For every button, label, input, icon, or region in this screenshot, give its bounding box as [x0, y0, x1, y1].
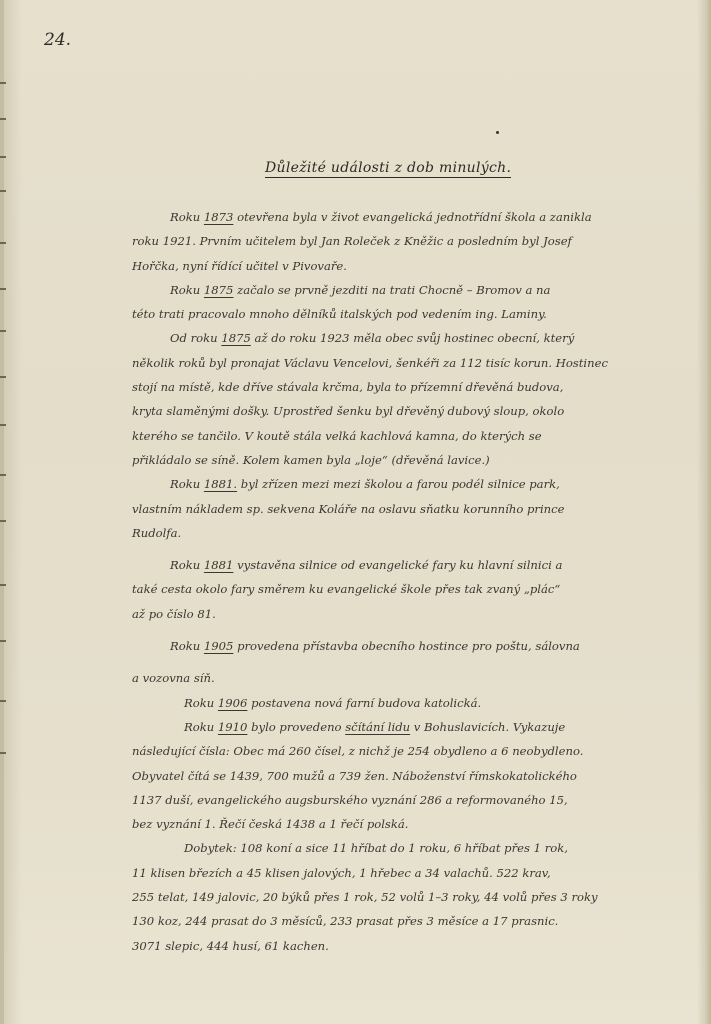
text-line: Roku 1910 bylo provedeno sčítání lidu v … — [132, 715, 687, 739]
binding-stitch — [0, 82, 6, 84]
binding-stitch — [0, 156, 6, 158]
binding-edge — [0, 0, 4, 1024]
text-line: kterého se tančilo. V koutě stála velká … — [132, 424, 687, 448]
text-line: kryta slaměnými došky. Uprostřed šenku b… — [132, 399, 687, 423]
binding-stitch — [0, 752, 6, 754]
page-edge — [705, 0, 711, 1024]
paragraph-1910-census: Roku 1910 bylo provedeno sčítání lidu v … — [132, 715, 687, 836]
text-line: vlastním nákladem sp. sekvena Koláře na … — [132, 497, 687, 521]
binding-stitch — [0, 584, 6, 586]
text-line: Roku 1875 začalo se prvně jezditi na tra… — [132, 278, 687, 302]
ink-dot — [496, 131, 499, 134]
chronicle-text: Roku 1873 otevřena byla v život evangeli… — [132, 205, 687, 958]
text-line: 3071 slepic, 444 husí, 61 kachen. — [132, 934, 687, 958]
text-line: Roku 1905 provedena přístavba obecního h… — [132, 634, 687, 658]
year-1881: 1881 — [204, 558, 234, 572]
year-1875: 1875 — [204, 283, 234, 297]
year-1875: 1875 — [221, 331, 251, 345]
text-line: Obyvatel čítá se 1439, 700 mužů a 739 že… — [132, 764, 687, 788]
paragraph-1875-railway: Roku 1875 začalo se prvně jezditi na tra… — [132, 278, 687, 327]
binding-stitch — [0, 288, 6, 290]
year-1873: 1873 — [204, 210, 234, 224]
text-line: také cesta okolo fary směrem ku evangeli… — [132, 577, 687, 601]
paragraph-1875-inn: Od roku 1875 až do roku 1923 měla obec s… — [132, 326, 687, 472]
paragraph-1881-road: Roku 1881 vystavěna silnice od evangelic… — [132, 553, 687, 626]
page-heading: Důležité události z dob minulých. — [265, 160, 511, 178]
binding-stitch — [0, 190, 6, 192]
text-line: Od roku 1875 až do roku 1923 měla obec s… — [132, 326, 687, 350]
text-line: několik roků byl pronajat Václavu Vencel… — [132, 351, 687, 375]
year-1905: 1905 — [204, 639, 234, 653]
text-line: Roku 1881 vystavěna silnice od evangelic… — [132, 553, 687, 577]
text-line: 11 klisen březích a 45 klisen jalových, … — [132, 861, 687, 885]
binding-stitch — [0, 242, 6, 244]
binding-stitch — [0, 640, 6, 642]
text-line: a vozovna síň. — [132, 666, 687, 690]
page-number: 24. — [44, 30, 71, 50]
paragraph-1906-parish: Roku 1906 postavena nová farní budova ka… — [132, 691, 687, 715]
text-line: následující čísla: Obec má 260 čísel, z … — [132, 739, 687, 763]
text-line: roku 1921. Prvním učitelem byl Jan Roleč… — [132, 229, 687, 253]
text-line: 1137 duší, evangelického augsburského vy… — [132, 788, 687, 812]
binding-stitch — [0, 330, 6, 332]
binding-stitch — [0, 474, 6, 476]
text-line: Roku 1881. byl zřízen mezi mezi školou a… — [132, 472, 687, 496]
document-page: 24. Důležité události z dob minulých. Ro… — [0, 0, 711, 1024]
text-line: stojí na místě, kde dříve stávala krčma,… — [132, 375, 687, 399]
text-line: Roku 1873 otevřena byla v život evangeli… — [132, 205, 687, 229]
paragraph-1905-post: Roku 1905 provedena přístavba obecního h… — [132, 634, 687, 691]
paragraph-1881-park: Roku 1881. byl zřízen mezi mezi školou a… — [132, 472, 687, 545]
text-line: Hořčka, nyní řídící učitel v Pivovaře. — [132, 254, 687, 278]
text-line: přikládalo se síně. Kolem kamen byla „lo… — [132, 448, 687, 472]
text-line: této trati pracovalo mnoho dělníků itals… — [132, 302, 687, 326]
text-line: až po číslo 81. — [132, 602, 687, 626]
binding-stitch — [0, 424, 6, 426]
year-1881: 1881. — [204, 477, 237, 491]
text-line: 255 telat, 149 jalovic, 20 býků přes 1 r… — [132, 885, 687, 909]
binding-stitch — [0, 700, 6, 702]
text-line: Rudolfa. — [132, 521, 687, 545]
text-line: Roku 1906 postavena nová farní budova ka… — [132, 691, 687, 715]
text-line: 130 koz, 244 prasat do 3 měsíců, 233 pra… — [132, 909, 687, 933]
paragraph-livestock: Dobytek: 108 koní a sice 11 hříbat do 1 … — [132, 836, 687, 957]
text-line: bez vyznání 1. Řečí česká 1438 a 1 řečí … — [132, 812, 687, 836]
census-underlined: sčítání lidu — [345, 720, 410, 734]
paragraph-1873-school: Roku 1873 otevřena byla v život evangeli… — [132, 205, 687, 278]
binding-stitch — [0, 376, 6, 378]
binding-stitch — [0, 118, 6, 120]
binding-stitch — [0, 520, 6, 522]
text-line: Dobytek: 108 koní a sice 11 hříbat do 1 … — [132, 836, 687, 860]
year-1910: 1910 — [218, 720, 248, 734]
year-1906: 1906 — [218, 696, 248, 710]
